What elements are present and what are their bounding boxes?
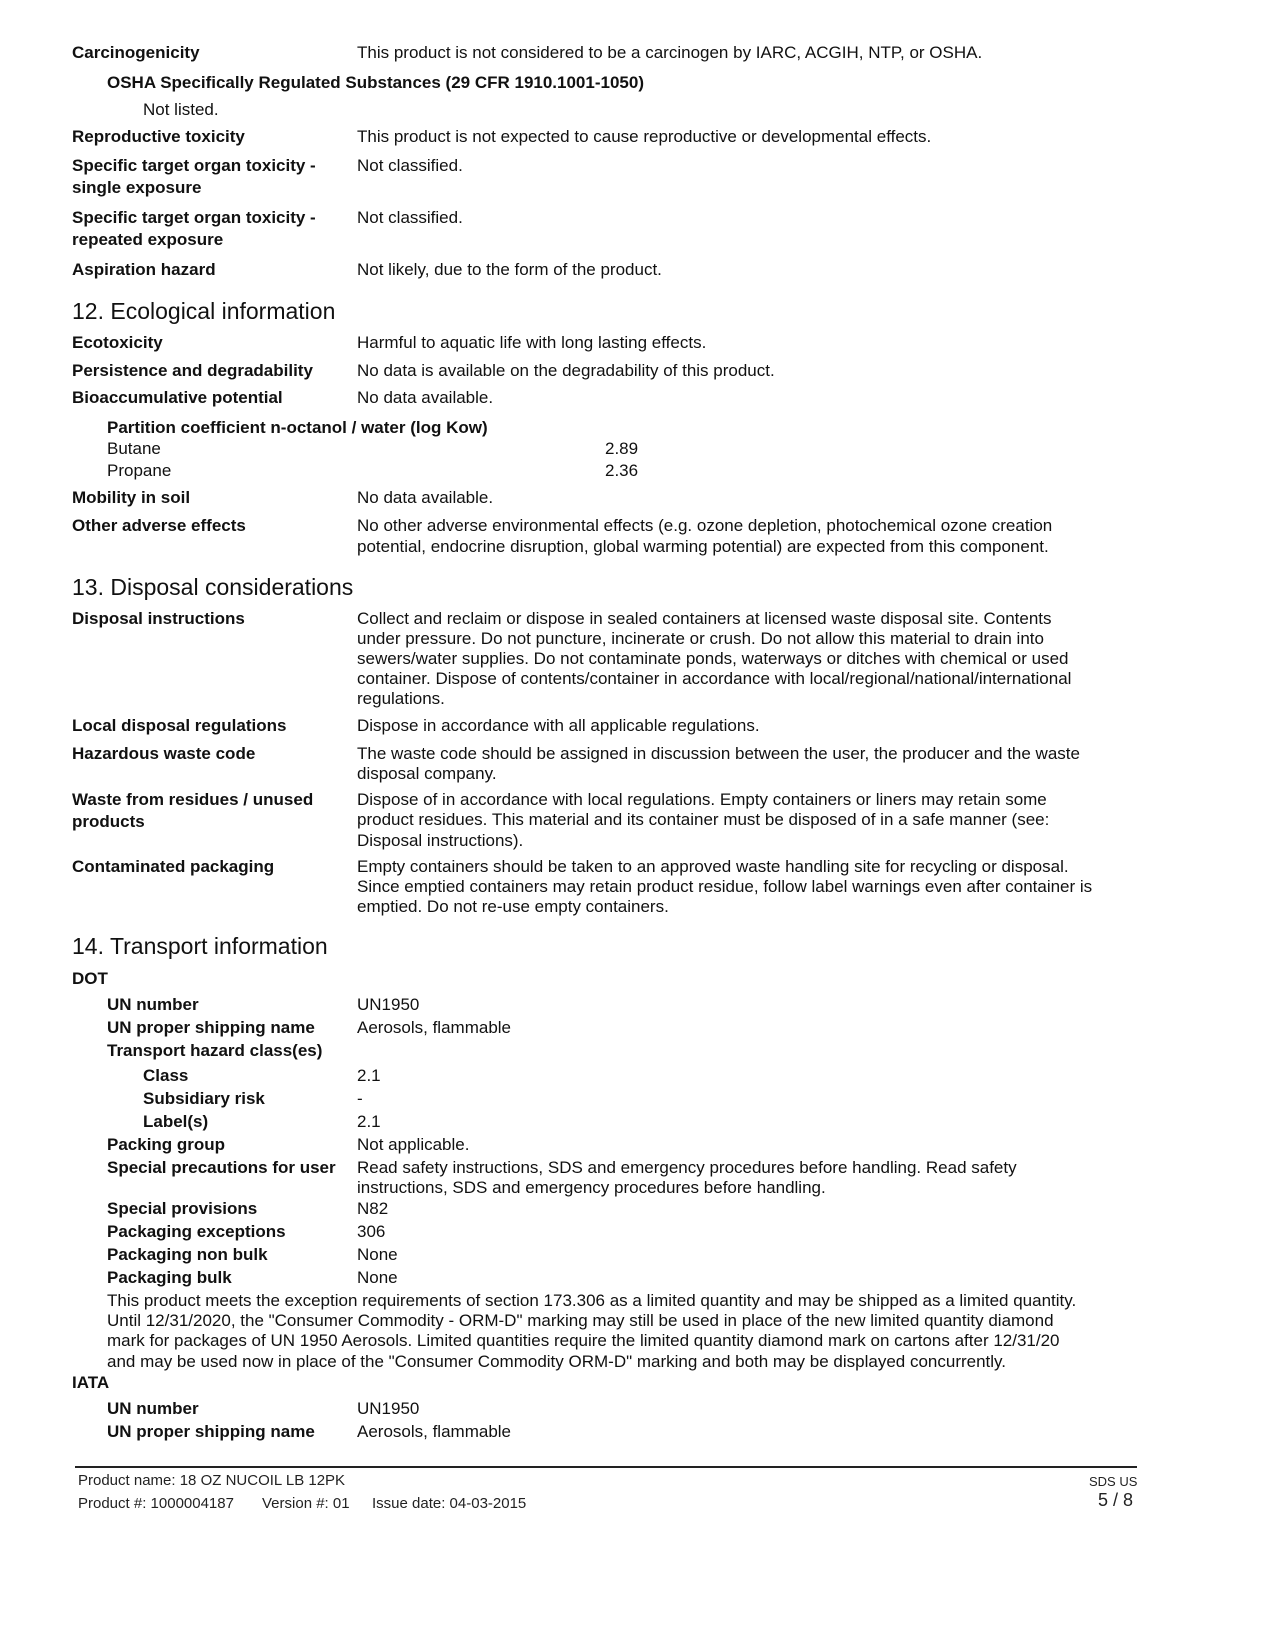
dot-bulk-label: Packaging bulk <box>107 1268 232 1288</box>
dot-hazard-class-heading: Transport hazard class(es) <box>107 1041 322 1061</box>
stot-repeated-label-2: repeated exposure <box>72 230 223 250</box>
dot-precautions-label: Special precautions for user <box>107 1158 336 1178</box>
disposal-instructions-line: Collect and reclaim or dispose in sealed… <box>357 609 1052 629</box>
ecotoxicity-value: Harmful to aquatic life with long lastin… <box>357 333 706 353</box>
hazardous-waste-label: Hazardous waste code <box>72 744 255 764</box>
footer-issue-date: Issue date: 04-03-2015 <box>372 1495 526 1512</box>
bioaccumulative-value: No data available. <box>357 388 493 408</box>
dot-note-line: and may be used now in place of the "Con… <box>107 1352 1006 1372</box>
contaminated-packaging-label: Contaminated packaging <box>72 857 274 877</box>
footer-divider <box>75 1466 1137 1468</box>
other-effects-value-1: No other adverse environmental effects (… <box>357 516 1052 536</box>
hazardous-waste-line: disposal company. <box>357 764 497 784</box>
dot-packing-group-value: Not applicable. <box>357 1135 469 1155</box>
dot-exceptions-label: Packaging exceptions <box>107 1222 286 1242</box>
iata-shipping-name-value: Aerosols, flammable <box>357 1422 511 1442</box>
disposal-instructions-line: sewers/water supplies. Do not contaminat… <box>357 649 1069 669</box>
dot-class-label: Class <box>143 1066 188 1086</box>
dot-bulk-value: None <box>357 1268 398 1288</box>
dot-un-number-label: UN number <box>107 995 199 1015</box>
stot-repeated-label-1: Specific target organ toxicity - <box>72 208 316 228</box>
dot-packing-group-label: Packing group <box>107 1135 225 1155</box>
dot-subsidiary-value: - <box>357 1089 363 1109</box>
partition-value-propane: 2.36 <box>605 461 638 481</box>
section-14-title: 14. Transport information <box>72 933 328 960</box>
osha-value: Not listed. <box>143 100 219 120</box>
dot-labels-value: 2.1 <box>357 1112 381 1132</box>
dot-provisions-label: Special provisions <box>107 1199 257 1219</box>
dot-non-bulk-label: Packaging non bulk <box>107 1245 268 1265</box>
dot-exceptions-value: 306 <box>357 1222 385 1242</box>
dot-note-line: mark for packages of UN 1950 Aerosols. L… <box>107 1331 1060 1351</box>
footer-product-number: Product #: 1000004187 <box>78 1495 234 1512</box>
contaminated-packaging-line: Since emptied containers may retain prod… <box>357 877 1092 897</box>
footer-version: Version #: 01 <box>262 1495 350 1512</box>
footer-doc-type: SDS US <box>1089 1474 1137 1489</box>
hazardous-waste-line: The waste code should be assigned in dis… <box>357 744 1080 764</box>
iata-heading: IATA <box>72 1373 109 1393</box>
residues-line: Disposal instructions). <box>357 831 523 851</box>
stot-single-value: Not classified. <box>357 156 463 176</box>
dot-note-line: Until 12/31/2020, the "Consumer Commodit… <box>107 1311 1054 1331</box>
partition-value-butane: 2.89 <box>605 439 638 459</box>
residues-label-1: Waste from residues / unused <box>72 790 313 810</box>
dot-precautions-value-2: instructions, SDS and emergency procedur… <box>357 1178 826 1198</box>
other-effects-value-2: potential, endocrine disruption, global … <box>357 537 1049 557</box>
aspiration-value: Not likely, due to the form of the produ… <box>357 260 662 280</box>
other-effects-label: Other adverse effects <box>72 516 246 536</box>
dot-shipping-name-label: UN proper shipping name <box>107 1018 315 1038</box>
carcinogenicity-value: This product is not considered to be a c… <box>357 43 982 63</box>
residues-line: Dispose of in accordance with local regu… <box>357 790 1047 810</box>
partition-name-propane: Propane <box>107 461 171 481</box>
reproductive-value: This product is not expected to cause re… <box>357 127 931 147</box>
aspiration-label: Aspiration hazard <box>72 260 216 280</box>
footer-product-name: Product name: 18 OZ NUCOIL LB 12PK <box>78 1472 345 1489</box>
dot-provisions-value: N82 <box>357 1199 388 1219</box>
dot-class-value: 2.1 <box>357 1066 381 1086</box>
contaminated-packaging-line: Empty containers should be taken to an a… <box>357 857 1069 877</box>
persistence-label: Persistence and degradability <box>72 361 313 381</box>
stot-single-label-1: Specific target organ toxicity - <box>72 156 316 176</box>
dot-shipping-name-value: Aerosols, flammable <box>357 1018 511 1038</box>
dot-subsidiary-label: Subsidiary risk <box>143 1089 265 1109</box>
partition-name-butane: Butane <box>107 439 161 459</box>
disposal-instructions-line: regulations. <box>357 689 445 709</box>
osha-heading: OSHA Specifically Regulated Substances (… <box>107 73 644 93</box>
footer-page-number: 5 / 8 <box>1098 1490 1133 1511</box>
residues-label-2: products <box>72 812 145 832</box>
section-12-title: 12. Ecological information <box>72 298 335 325</box>
dot-un-number-value: UN1950 <box>357 995 419 1015</box>
disposal-instructions-label: Disposal instructions <box>72 609 245 629</box>
disposal-instructions-line: under pressure. Do not puncture, inciner… <box>357 629 1044 649</box>
disposal-instructions-line: container. Dispose of contents/container… <box>357 669 1071 689</box>
dot-precautions-value-1: Read safety instructions, SDS and emerge… <box>357 1158 1017 1178</box>
dot-non-bulk-value: None <box>357 1245 398 1265</box>
persistence-value: No data is available on the degradabilit… <box>357 361 775 381</box>
residues-line: product residues. This material and its … <box>357 810 1049 830</box>
local-disposal-label: Local disposal regulations <box>72 716 286 736</box>
mobility-value: No data available. <box>357 488 493 508</box>
local-disposal-value: Dispose in accordance with all applicabl… <box>357 716 760 736</box>
stot-repeated-value: Not classified. <box>357 208 463 228</box>
bioaccumulative-label: Bioaccumulative potential <box>72 388 283 408</box>
dot-heading: DOT <box>72 969 108 989</box>
carcinogenicity-label: Carcinogenicity <box>72 43 200 63</box>
dot-labels-label: Label(s) <box>143 1112 208 1132</box>
iata-un-number-value: UN1950 <box>357 1399 419 1419</box>
stot-single-label-2: single exposure <box>72 178 201 198</box>
mobility-label: Mobility in soil <box>72 488 190 508</box>
partition-heading: Partition coefficient n-octanol / water … <box>107 418 488 438</box>
section-13-title: 13. Disposal considerations <box>72 574 353 601</box>
dot-note-line: This product meets the exception require… <box>107 1291 1076 1311</box>
iata-un-number-label: UN number <box>107 1399 199 1419</box>
iata-shipping-name-label: UN proper shipping name <box>107 1422 315 1442</box>
reproductive-label: Reproductive toxicity <box>72 127 245 147</box>
ecotoxicity-label: Ecotoxicity <box>72 333 163 353</box>
contaminated-packaging-line: emptied. Do not re-use empty containers. <box>357 897 669 917</box>
